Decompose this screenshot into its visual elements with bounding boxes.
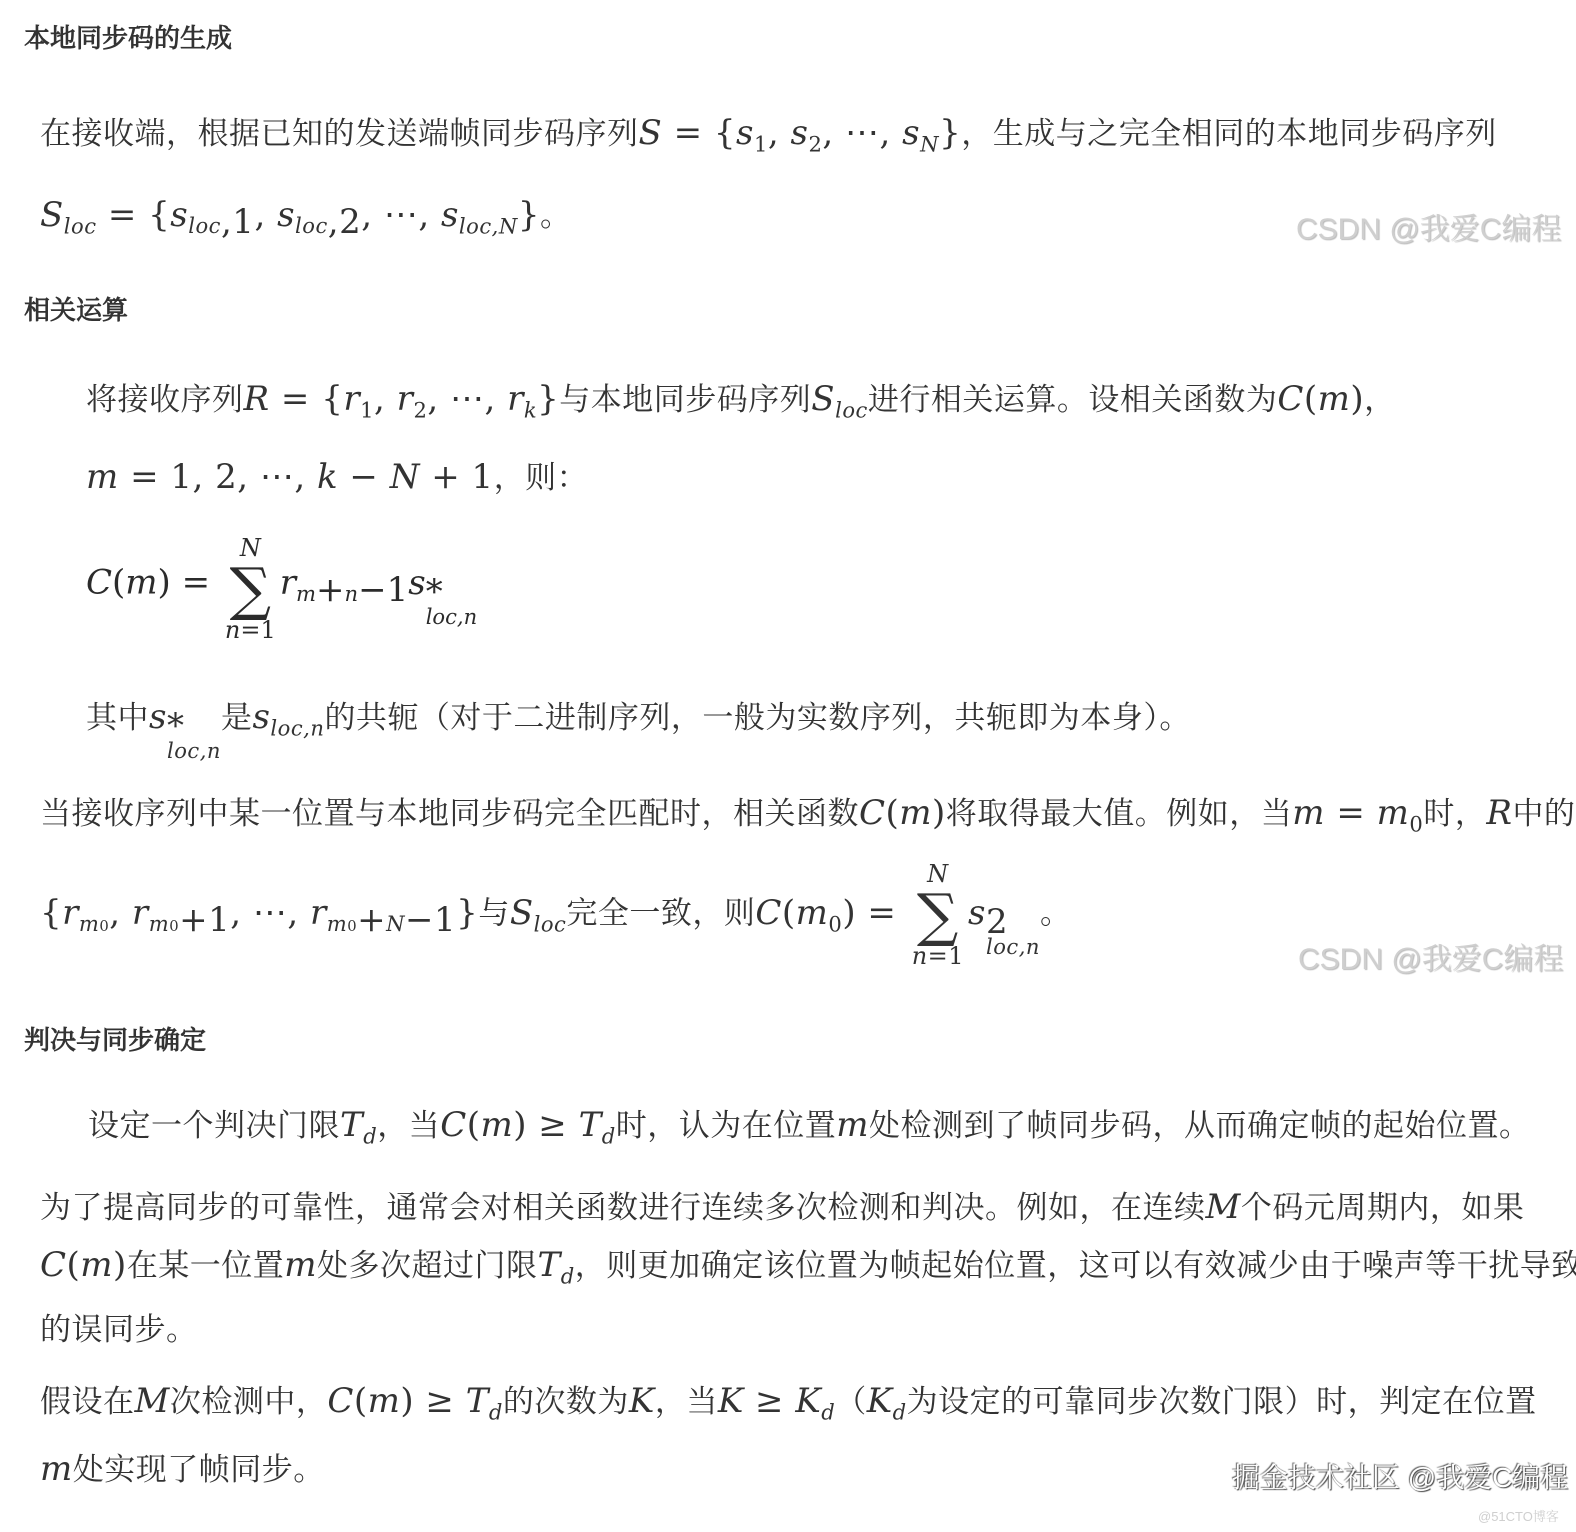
math-k-ge-kd: K ≥ Kd <box>718 1381 835 1421</box>
text: ，当 <box>377 1108 440 1144</box>
watermark-csdn: CSDN @我爱C编程 <box>1298 934 1563 978</box>
text: 将取得最大值。例如，当 <box>946 796 1293 832</box>
text: ，则： <box>494 460 589 496</box>
sum-symbol: N∑n=1 <box>225 536 276 642</box>
text: 个码元周期内，如果 <box>1241 1190 1525 1226</box>
paragraph-reliability-l2: C(m)在某一位置m处多次超过门限Td，则更加确定该位置为帧起始位置，这可以有效… <box>40 1240 1576 1288</box>
text: 。 <box>540 198 572 234</box>
text: 。 <box>1040 896 1072 932</box>
paragraph-threshold: 设定一个判决门限Td，当C(m) ≥ Td时，认为在位置m处检测到了帧同步码，从… <box>88 1100 1531 1148</box>
math-K: K <box>629 1381 655 1421</box>
math-r-subsequence: {rm0, rm0+1, ⋯, rm0+N−1} <box>40 893 478 933</box>
sum-symbol: N∑n=1 <box>912 862 964 968</box>
text: ，当 <box>655 1384 718 1420</box>
text: 次检测中， <box>170 1384 328 1420</box>
text: ，生成与之完全相同的本地同步码序列 <box>961 116 1497 152</box>
watermark-51cto: @51CTO博客 <box>1478 1506 1559 1525</box>
paragraph-sync-decision-l1: 假设在M次检测中，C(m) ≥ Td的次数为K，当K ≥ Kd（Kd为设定的可靠… <box>40 1376 1537 1424</box>
paragraph-max-value: {rm0, rm0+1, ⋯, rm0+N−1}与Sloc完全一致，则C(m0)… <box>40 862 1072 968</box>
text: 进行相关运算。设相关函数为 <box>868 382 1278 418</box>
paragraph-max-match: 当接收序列中某一位置与本地同步码完全匹配时，相关函数C(m)将取得最大值。例如，… <box>40 788 1575 836</box>
paragraph-reliability-l3: 的误同步。 <box>40 1304 198 1349</box>
text: 处实现了帧同步。 <box>73 1452 325 1488</box>
math-cm: C(m) <box>40 1245 127 1285</box>
text: 假设在 <box>40 1384 135 1420</box>
math-sloc: Sloc <box>510 893 567 933</box>
text: 为了提高同步的可靠性，通常会对相关函数进行连续多次检测和判决。例如，在连续 <box>40 1190 1206 1226</box>
math-m: m <box>40 1449 73 1489</box>
text: 在接收端，根据已知的发送端帧同步码序列 <box>40 116 639 152</box>
text: 的共轭（对于二进制序列，一般为实数序列，共轭即为本身）。 <box>324 700 1191 736</box>
section-heading-correlation: 相关运算 <box>24 290 128 327</box>
math-td: Td <box>538 1245 575 1285</box>
paragraph-conjugate-note: 其中s*loc,n是sloc,n的共轭（对于二进制序列，一般为实数序列，共轭即为… <box>86 692 1191 761</box>
math-m-eq-m0: m = m0 <box>1292 793 1423 833</box>
math-m-range: m = 1, 2, ⋯, k − N + 1 <box>86 457 494 497</box>
text: 将接收序列 <box>86 382 244 418</box>
math-cm: C(m) <box>1277 379 1364 419</box>
math-received-sequence: R = {r1, r2, ⋯, rk} <box>244 379 560 419</box>
paragraph-local-sync-intro: 在接收端，根据已知的发送端帧同步码序列S = {s1, s2, ⋯, sN}，生… <box>40 108 1497 156</box>
text: （ <box>835 1384 867 1420</box>
math-kd: Kd <box>867 1381 907 1421</box>
section-heading-decision: 判决与同步确定 <box>24 1020 206 1057</box>
text: 的次数为 <box>503 1384 629 1420</box>
text: 是 <box>221 700 253 736</box>
watermark-juejin: 掘金技术社区 @我爱C编程 <box>1232 1456 1568 1496</box>
math-s-loc-n: sloc,n <box>252 697 324 737</box>
math-M: M <box>1206 1187 1241 1227</box>
math-r: R <box>1486 793 1512 833</box>
text: 其中 <box>86 700 149 736</box>
text: 与本地同步码序列 <box>559 382 811 418</box>
text: ，则更加确定该位置为帧起始位置，这可以有效减少由于噪声等干扰导致 <box>575 1248 1576 1284</box>
math-cm-ge-td: C(m) ≥ Td <box>440 1105 616 1145</box>
section-heading-local-sync-code: 本地同步码的生成 <box>24 18 232 55</box>
text: ， <box>1364 382 1396 418</box>
text: 当接收序列中某一位置与本地同步码完全匹配时，相关函数 <box>40 796 859 832</box>
paragraph-sync-decision-l2: m处实现了帧同步。 <box>40 1444 325 1489</box>
text: 中的 <box>1512 796 1575 832</box>
text: 处多次超过门限 <box>317 1248 538 1284</box>
formula-correlation: C(m) = N∑n=1rm+n−1s*loc,n <box>86 536 477 642</box>
text: 设定一个判决门限 <box>88 1108 340 1144</box>
math-s-star: s*loc,n <box>149 697 221 737</box>
math-cm0-sum: C(m0) = <box>755 893 907 933</box>
math-td: Td <box>340 1105 377 1145</box>
text: 处检测到了帧同步码，从而确定帧的起始位置。 <box>869 1108 1531 1144</box>
math-M: M <box>135 1381 170 1421</box>
watermark-csdn: CSDN @我爱C编程 <box>1296 204 1561 248</box>
math-sync-sequence: S = {s1, s2, ⋯, sN} <box>639 113 962 153</box>
text: 时，认为在位置 <box>616 1108 837 1144</box>
paragraph-reliability-l1: 为了提高同步的可靠性，通常会对相关函数进行连续多次检测和判决。例如，在连续M个码… <box>40 1182 1524 1227</box>
math-m: m <box>836 1105 869 1145</box>
math-local-sequence: Sloc = {sloc,1, sloc,2, ⋯, sloc,N} <box>40 195 540 235</box>
text: 为设定的可靠同步次数门限）时，判定在位置 <box>907 1384 1537 1420</box>
math-m: m <box>284 1245 317 1285</box>
text: 在某一位置 <box>127 1248 285 1284</box>
paragraph-local-sync-seq: Sloc = {sloc,1, sloc,2, ⋯, sloc,N}。 <box>40 190 571 242</box>
text: 与 <box>478 896 510 932</box>
paragraph-correlation-intro: 将接收序列R = {r1, r2, ⋯, rk}与本地同步码序列Sloc进行相关… <box>86 374 1396 422</box>
math-cm-ge-td: C(m) ≥ Td <box>327 1381 503 1421</box>
math-sloc: Sloc <box>811 379 868 419</box>
text: 完全一致，则 <box>566 896 755 932</box>
text: 时， <box>1423 796 1486 832</box>
math-cm: C(m) <box>859 793 946 833</box>
paragraph-m-range: m = 1, 2, ⋯, k − N + 1，则： <box>86 452 588 497</box>
